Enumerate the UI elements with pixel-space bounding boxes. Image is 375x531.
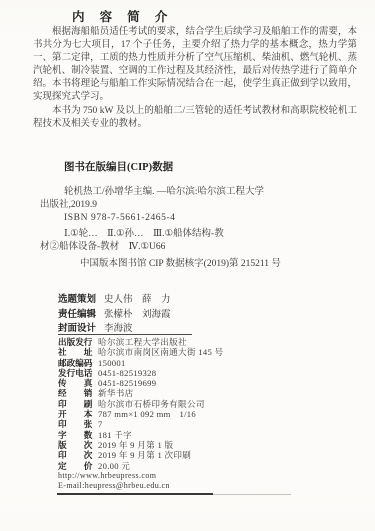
pub-row-address: 社 址哈尔滨市南岗区南通大街 145 号 (58, 347, 223, 357)
pub-value: 新华书店 (98, 388, 134, 398)
staff-value: 史人伟 薛 力 (104, 295, 171, 305)
staff-row-editor: 责任编辑张檬朴 刘海霞 (58, 308, 171, 323)
cip-classification-line1: Ⅰ.①轮… Ⅱ.①孙… Ⅲ.①船体结构-教 (64, 228, 330, 241)
pub-label: 邮政编码 (58, 358, 98, 368)
staff-label: 责任编辑 (58, 310, 96, 320)
pub-label: 社 址 (58, 347, 98, 357)
pub-label: 印 张 (58, 419, 98, 429)
cip-record-number: 中国版本图书馆 CIP 数据核字(2019)第 215211 号 (80, 258, 330, 271)
intro-paragraph-1: 根据海船船员适任考试的要求，结合学生后续学习及船舶工作的需要，本书共分为七大项目… (33, 26, 357, 105)
pub-row-phone: 发行电话0451-82519328 (58, 368, 223, 378)
pub-row-edition: 版 次2019 年 9 月第 1 版 (58, 440, 223, 450)
staff-block: 选题策划史人伟 薛 力 责任编辑张檬朴 刘海霞 封面设计李海波 (58, 293, 171, 337)
pub-label: 开 本 (58, 409, 98, 419)
pub-label: 发行电话 (58, 368, 98, 378)
pub-row-sheets: 印 张7 (58, 419, 223, 429)
pub-value: 7 (98, 419, 103, 429)
pub-value: 150001 (98, 358, 126, 368)
pub-value: 0451-82519328 (98, 368, 156, 378)
pub-label: 字 数 (58, 430, 98, 440)
publisher-email: E-mail:heupress@hrbeu.edu.cn (58, 481, 223, 491)
publisher-website: http://www.hrbeupress.com (58, 471, 223, 481)
pub-row-postcode: 邮政编码150001 (58, 358, 223, 368)
pub-value: 哈尔滨市石桥印务有限公司 (98, 399, 205, 409)
pub-label: 传 真 (58, 378, 98, 388)
pub-row-printing: 印 次2019 年 9 月第 1 次印刷 (58, 450, 223, 460)
intro-heading: 内 容 简 介 (72, 7, 173, 25)
pub-label: 经 销 (58, 388, 98, 398)
divider-bottom (57, 493, 213, 495)
pub-row-fax: 传 真0451-82519699 (58, 378, 223, 388)
pub-row-printer: 印 刷哈尔滨市石桥印务有限公司 (58, 399, 223, 409)
cip-classification-line2: 材②船体设备-教材 Ⅳ.①U66 (40, 241, 330, 254)
pub-value: 哈尔滨市南岗区南通大街 145 号 (98, 347, 223, 357)
staff-value: 张檬朴 刘海霞 (104, 310, 171, 320)
pub-row-publisher: 出版发行哈尔滨工程大学出版社 (58, 337, 223, 347)
pub-value: 181 千字 (98, 430, 132, 440)
pub-label: 版 次 (58, 440, 98, 450)
pub-row-format: 开 本787 mm×1 092 mm 1/16 (58, 409, 223, 419)
intro-paragraph-2: 本书为 750 kW 及以上的船舶二/三管轮的适任考试教材和高职院校轮机工程技术… (33, 105, 357, 131)
pub-row-price: 定 价20.00 元 (58, 461, 223, 471)
staff-row-planning: 选题策划史人伟 薛 力 (58, 293, 171, 308)
staff-value: 李海波 (104, 324, 133, 334)
pub-label: 出版发行 (58, 337, 98, 347)
cip-isbn: ISBN 978-7-5661-2465-4 (64, 212, 330, 225)
staff-label: 选题策划 (58, 295, 96, 305)
pub-value: 2019 年 9 月第 1 版 (98, 440, 173, 450)
pub-value: 2019 年 9 月第 1 次印刷 (98, 450, 191, 460)
pub-value: 787 mm×1 092 mm 1/16 (98, 409, 196, 419)
book-copyright-page: 内 容 简 介 根据海船船员适任考试的要求，结合学生后续学习及船舶工作的需要，本… (0, 0, 375, 531)
pub-row-distributor: 经 销新华书店 (58, 388, 223, 398)
publication-info-block: 出版发行哈尔滨工程大学出版社 社 址哈尔滨市南岗区南通大街 145 号 邮政编码… (58, 337, 223, 491)
pub-row-wordcount: 字 数181 千字 (58, 430, 223, 440)
cip-heading: 图书在版编目(CIP)数据 (64, 159, 173, 174)
pub-label: 印 刷 (58, 399, 98, 409)
cip-title-line2: 出版社,2019.9 (40, 199, 330, 212)
pub-value: 0451-82519699 (98, 378, 156, 388)
pub-value: 20.00 元 (98, 461, 130, 471)
divider-bottom-smudge (213, 494, 291, 495)
intro-body: 根据海船船员适任考试的要求，结合学生后续学习及船舶工作的需要，本书共分为七大项目… (33, 26, 357, 131)
pub-label: 印 次 (58, 450, 98, 460)
staff-label: 封面设计 (58, 324, 96, 334)
cip-title-line1: 轮机热工/孙增华主编. —哈尔滨:哈尔滨工程大学 (64, 186, 330, 199)
pub-label: 定 价 (58, 461, 98, 471)
cip-block: 轮机热工/孙增华主编. —哈尔滨:哈尔滨工程大学 出版社,2019.9 ISBN… (40, 186, 330, 271)
divider-top (58, 334, 192, 335)
pub-value: 哈尔滨工程大学出版社 (98, 337, 187, 347)
